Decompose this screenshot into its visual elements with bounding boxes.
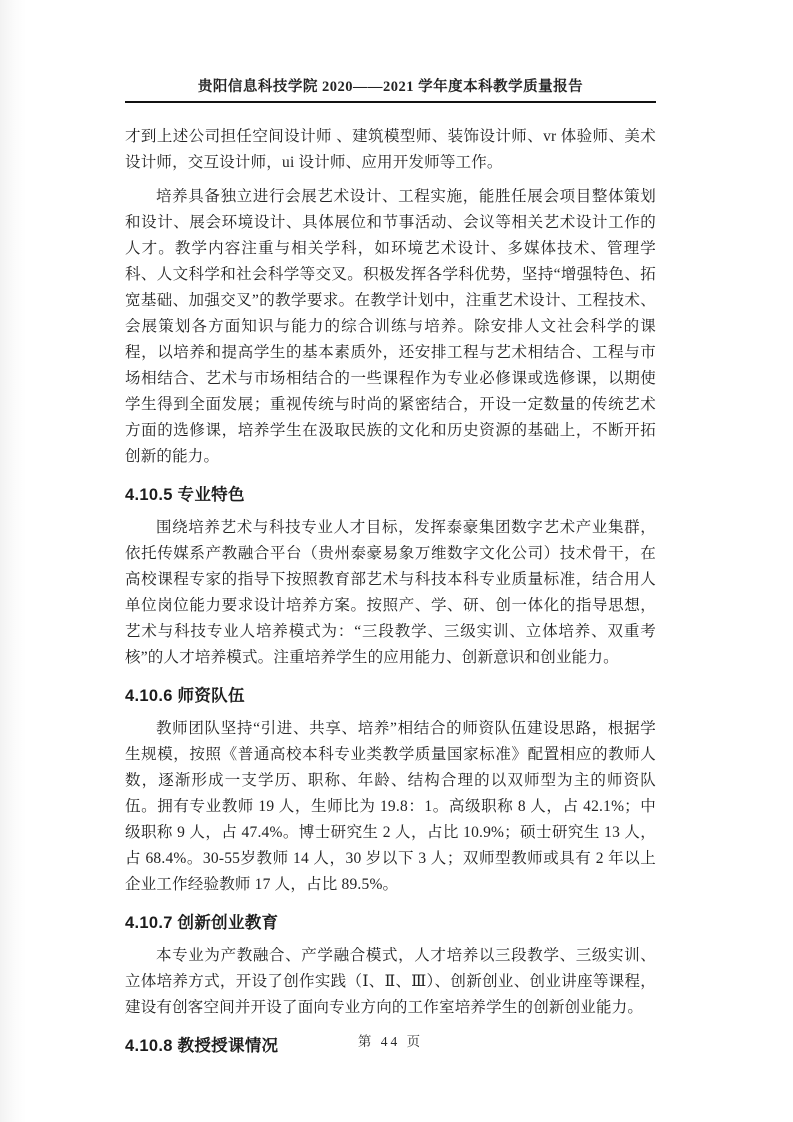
paragraph-exhibition-program: 培养具备独立进行会展艺术设计、工程实施，能胜任展会项目整体策划和设计、展会环境设… xyxy=(125,184,656,470)
paragraph-specialty-features: 围绕培养艺术与科技专业人才目标，发挥泰豪集团数字艺术产业集群，依托传媒系产教融合… xyxy=(125,515,656,671)
document-page: 贵阳信息科技学院 2020——2021 学年度本科教学质量报告 才到上述公司担任… xyxy=(125,0,656,1122)
page-footer: 第 44 页 xyxy=(125,1030,656,1051)
paragraph-faculty-team: 教师团队坚持“引进、共享、培养”相结合的师资队伍建设思路，根据学生规模，按照《普… xyxy=(125,716,656,898)
paragraph-careers-continuation: 才到上述公司担任空间设计师 、建筑模型师、装饰设计师、vr 体验师、美术设计师，… xyxy=(125,124,656,176)
section-heading-4-10-7-innovation: 4.10.7 创新创业教育 xyxy=(125,912,656,934)
scan-edge-shading xyxy=(0,0,26,1122)
section-heading-4-10-5-specialty: 4.10.5 专业特色 xyxy=(125,484,656,506)
document-body: 才到上述公司担任空间设计师 、建筑模型师、装饰设计师、vr 体验师、美术设计师，… xyxy=(125,124,656,1057)
paragraph-innovation-education: 本专业为产教融合、产学融合模式，人才培养以三段教学、三级实训、立体培养方式，开设… xyxy=(125,943,656,1021)
running-head-title: 贵阳信息科技学院 2020——2021 学年度本科教学质量报告 xyxy=(125,79,656,103)
page-header: 贵阳信息科技学院 2020——2021 学年度本科教学质量报告 xyxy=(125,79,656,103)
page-number: 第 44 页 xyxy=(358,1034,423,1049)
section-heading-4-10-6-faculty: 4.10.6 师资队伍 xyxy=(125,685,656,707)
